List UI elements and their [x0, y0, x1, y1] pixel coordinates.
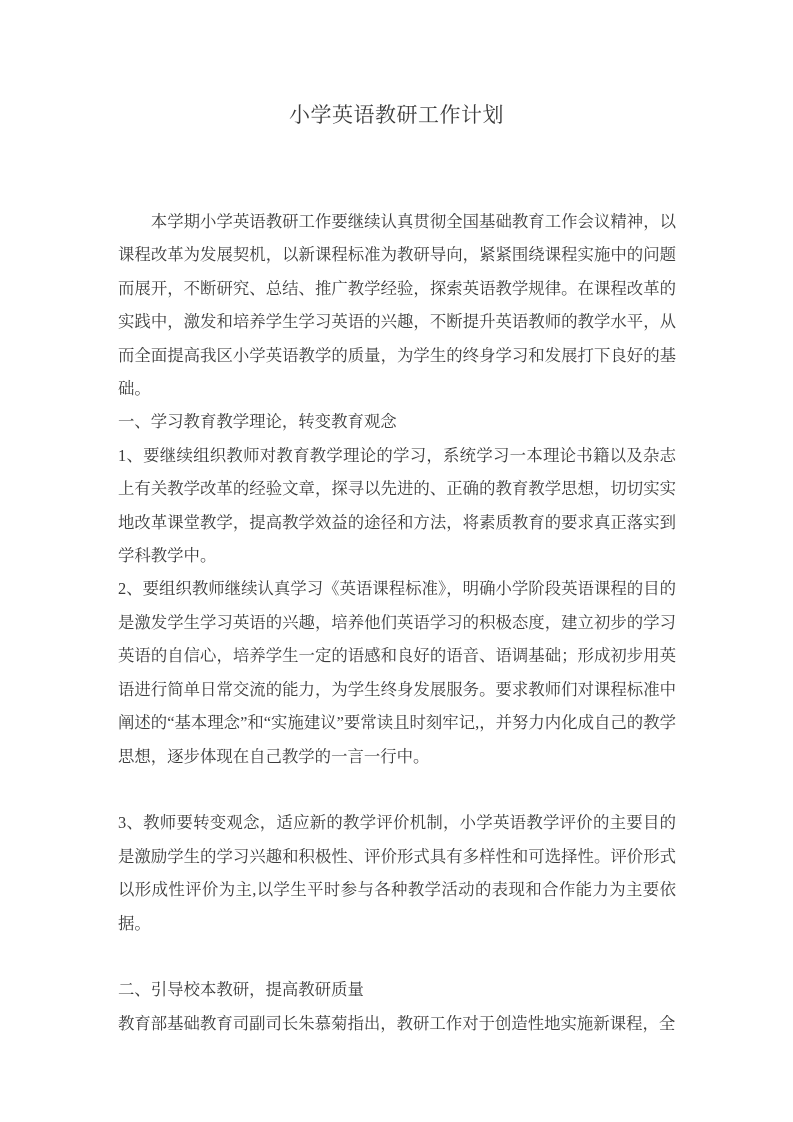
paragraph: 1、要继续组织教师对教育教学理论的学习，系统学习一本理论书籍以及杂志上有关教学改…: [118, 439, 676, 573]
paragraph: 教育部基础教育司副司长朱慕菊指出，教研工作对于创造性地实施新课程，全: [118, 1007, 676, 1040]
document-body: 本学期小学英语教研工作要继续认真贯彻全国基础教育工作会议精神，以课程改革为发展契…: [118, 205, 676, 1040]
paragraph: 2、要组织教师继续认真学习《英语课程标准》，明确小学阶段英语课程的目的是激发学生…: [118, 572, 676, 772]
paragraph: 本学期小学英语教研工作要继续认真贯彻全国基础教育工作会议精神，以课程改革为发展契…: [118, 205, 676, 405]
paragraph: 一、学习教育教学理论，转变教育观念: [118, 405, 676, 438]
document-page: 小学英语教研工作计划 本学期小学英语教研工作要继续认真贯彻全国基础教育工作会议精…: [0, 0, 793, 1122]
paragraph: 3、教师要转变观念，适应新的教学评价机制，小学英语教学评价的主要目的是激励学生的…: [118, 806, 676, 940]
paragraph: 二、引导校本教研，提高教研质量: [118, 973, 676, 1006]
document-title: 小学英语教研工作计划: [0, 99, 793, 129]
